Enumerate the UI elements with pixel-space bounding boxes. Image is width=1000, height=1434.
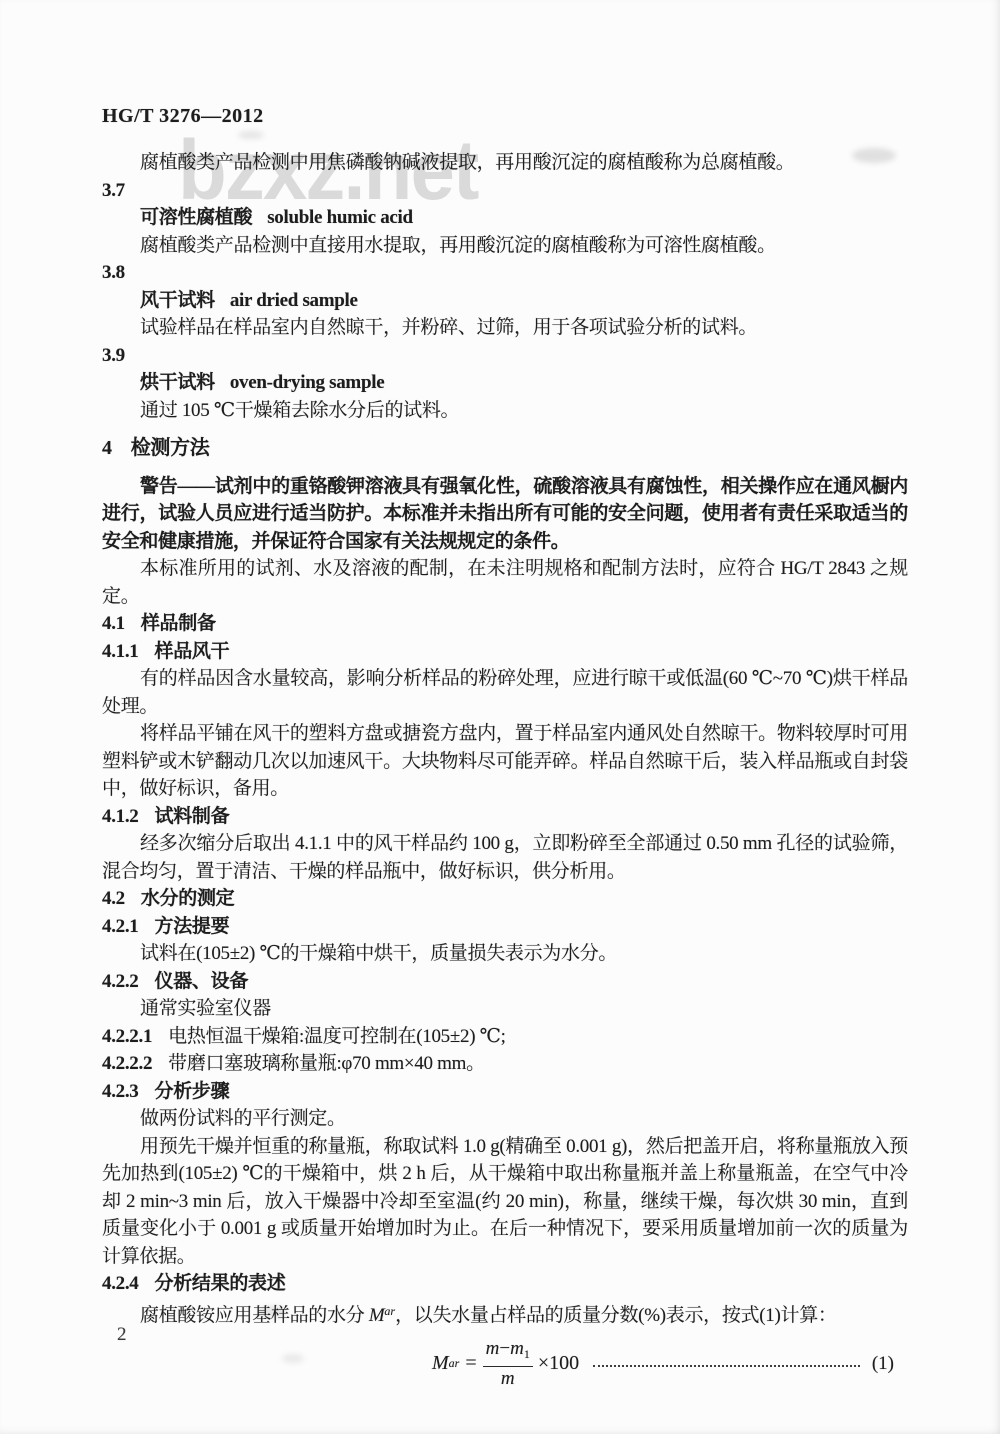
- subsection-heading: 4.1样品制备: [102, 610, 908, 638]
- numbered-clause: 4.2.2.1电热恒温干燥箱:温度可控制在(105±2) ℃;: [102, 1023, 908, 1051]
- section-number: 4.1.2: [102, 806, 139, 827]
- paragraph-text: 腐植酸铵应用基样品的水分: [140, 1305, 369, 1326]
- clause-number: 3.9: [102, 342, 908, 370]
- clause-number: 4.2.2.2: [102, 1053, 152, 1074]
- clause-text: 带磨口塞玻璃称量瓶:φ70 mm×40 mm。: [168, 1053, 485, 1074]
- section-title: 检测方法: [131, 437, 210, 459]
- paragraph: 通过 105 ℃干燥箱去除水分后的试料。: [102, 397, 908, 425]
- term-english: air dried sample: [230, 290, 358, 311]
- section-title: 分析步骤: [155, 1081, 230, 1102]
- term-chinese: 烘干试料: [140, 372, 215, 393]
- paragraph: 用预先干燥并恒重的称量瓶，称取试料 1.0 g(精确至 0.001 g)，然后把…: [102, 1133, 908, 1271]
- section-number: 4.1: [102, 613, 125, 634]
- term-chinese: 风干试料: [140, 290, 215, 311]
- term-definition: 风干试料air dried sample: [102, 287, 908, 315]
- page-number: 2: [117, 1324, 127, 1346]
- term-definition: 可溶性腐植酸soluble humic acid: [102, 204, 908, 232]
- document-page: bzxz.net HG/T 3276—2012 腐植酸类产品检测中用焦磷酸钠碱液…: [0, 0, 1000, 1434]
- section-title: 仪器、设备: [155, 971, 249, 992]
- math-variable: m: [501, 1368, 515, 1389]
- math-superscript: ar: [384, 1304, 395, 1318]
- paragraph: 通常实验室仪器: [102, 995, 908, 1023]
- term-english: soluble humic acid: [267, 207, 413, 228]
- document-content: HG/T 3276—2012 腐植酸类产品检测中用焦磷酸钠碱液提取，再用酸沉淀的…: [102, 104, 908, 1390]
- section-number: 4.2.3: [102, 1081, 139, 1102]
- math-variable: m: [510, 1338, 524, 1359]
- term-definition: 烘干试料oven-drying sample: [102, 369, 908, 397]
- section-number: 4.2.1: [102, 916, 139, 937]
- multiplier: ×100: [538, 1352, 579, 1375]
- paragraph: 试验样品在样品室内自然晾干，并粉碎、过筛，用于各项试验分析的试料。: [102, 314, 908, 342]
- term-english: oven-drying sample: [230, 372, 385, 393]
- subsection-heading: 4.2.4分析结果的表述: [102, 1270, 908, 1298]
- paragraph: 有的样品因含水量较高，影响分析样品的粉碎处理，应进行晾干或低温(60 ℃~70 …: [102, 665, 908, 720]
- formula: Mar=m−m1m×100 (1): [102, 1337, 908, 1390]
- subsection-heading: 4.2.2仪器、设备: [102, 968, 908, 996]
- subsection-heading: 4.2.3分析步骤: [102, 1078, 908, 1106]
- section-title: 分析结果的表述: [155, 1273, 286, 1294]
- math-variable: M: [432, 1352, 449, 1375]
- paragraph: 做两份试料的平行测定。: [102, 1105, 908, 1133]
- subsection-heading: 4.1.2试料制备: [102, 803, 908, 831]
- fraction-denominator: m: [483, 1367, 533, 1390]
- math-variable: M: [369, 1305, 385, 1326]
- clause-number: 3.7: [102, 177, 908, 205]
- math-superscript: ar: [449, 1356, 460, 1371]
- clause-number: 3.8: [102, 259, 908, 287]
- math-variable: m: [486, 1338, 500, 1359]
- paragraph: 经多次缩分后取出 4.1.1 中的风干样品约 100 g，立即粉碎至全部通过 0…: [102, 830, 908, 885]
- paragraph: 腐植酸类产品检测中用焦磷酸钠碱液提取，再用酸沉淀的腐植酸称为总腐植酸。: [102, 149, 908, 177]
- numbered-clause: 4.2.2.2带磨口塞玻璃称量瓶:φ70 mm×40 mm。: [102, 1050, 908, 1078]
- paragraph: 腐植酸类产品检测中直接用水提取，再用酸沉淀的腐植酸称为可溶性腐植酸。: [102, 232, 908, 260]
- section-title: 方法提要: [155, 916, 230, 937]
- equation-number: (1): [872, 1353, 894, 1375]
- section-number: 4.2.2: [102, 971, 139, 992]
- paragraph: 本标准所用的试剂、水及溶液的配制，在未注明规格和配制方法时，应符合 HG/T 2…: [102, 555, 908, 610]
- section-number: 4: [102, 437, 112, 459]
- equals-sign: =: [465, 1352, 476, 1375]
- section-number: 4.2: [102, 888, 125, 909]
- paragraph-text: ，以失水量占样品的质量分数(%)表示，按式(1)计算：: [395, 1305, 837, 1326]
- fraction-numerator: m−m1: [483, 1337, 533, 1367]
- subsection-heading: 4.2水分的测定: [102, 885, 908, 913]
- formula-expression: Mar=m−m1m×100: [432, 1337, 579, 1390]
- subsection-heading: 4.1.1样品风干: [102, 638, 908, 666]
- warning-paragraph: 警告——试剂中的重铬酸钾溶液具有强氧化性，硫酸溶液具有腐蚀性，相关操作应在通风橱…: [102, 473, 908, 556]
- section-number: 4.1.1: [102, 641, 139, 662]
- paragraph: 试料在(105±2) ℃的干燥箱中烘干，质量损失表示为水分。: [102, 940, 908, 968]
- dotted-leader: [593, 1365, 860, 1367]
- paragraph: 腐植酸铵应用基样品的水分 Mar，以失水量占样品的质量分数(%)表示，按式(1)…: [102, 1298, 908, 1330]
- math-subscript: 1: [524, 1347, 530, 1361]
- section-title: 样品制备: [141, 613, 216, 634]
- section-number: 4.2.4: [102, 1273, 139, 1294]
- subsection-heading: 4.2.1方法提要: [102, 913, 908, 941]
- section-title: 试料制备: [155, 806, 230, 827]
- standard-number-header: HG/T 3276—2012: [102, 104, 908, 128]
- section-title: 水分的测定: [141, 888, 235, 909]
- section-title: 样品风干: [155, 641, 230, 662]
- section-heading: 4检测方法: [102, 435, 908, 463]
- minus-sign: −: [499, 1338, 510, 1359]
- fraction: m−m1m: [483, 1337, 533, 1390]
- term-chinese: 可溶性腐植酸: [140, 207, 252, 228]
- clause-number: 4.2.2.1: [102, 1026, 152, 1047]
- paragraph: 将样品平铺在风干的塑料方盘或搪瓷方盘内，置于样品室内通风处自然晾干。物料较厚时可…: [102, 720, 908, 803]
- clause-text: 电热恒温干燥箱:温度可控制在(105±2) ℃;: [168, 1026, 505, 1047]
